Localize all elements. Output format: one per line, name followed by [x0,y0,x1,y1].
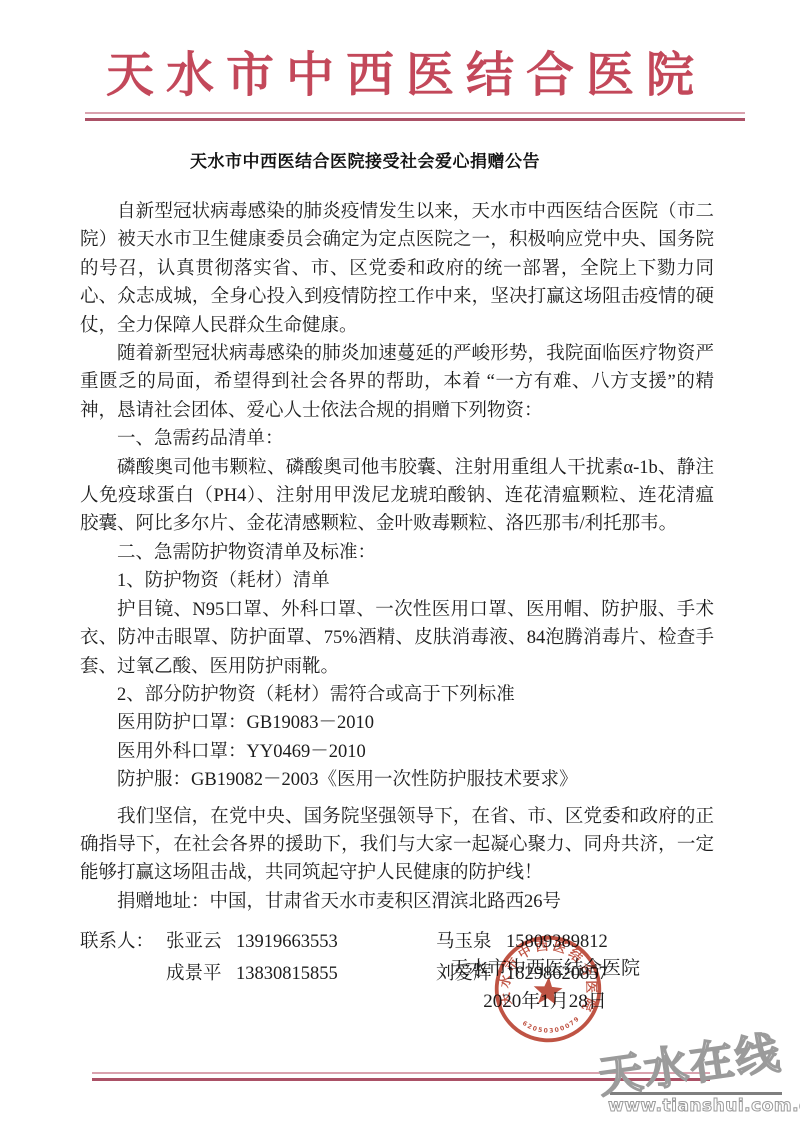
supplies-list: 护目镜、N95口罩、外科口罩、一次性医用口罩、医用帽、防护服、手术衣、防冲击眼罩… [80,596,714,681]
donation-notice-page: 天水市中西医结合医院 天水市中西医结合医院接受社会爱心捐赠公告 自新型冠状病毒感… [0,0,800,1132]
standard-protective-suit: 防护服：GB19082－2003《医用一次性防护服技术要求》 [80,766,714,794]
subsection-supplies-list-heading: 1、防护物资（耗材）清单 [80,567,714,595]
medicine-list: 磷酸奥司他韦颗粒、磷酸奥司他韦胶囊、注射用重组人干扰素α-1b、静注人免疫球蛋白… [80,454,714,539]
paragraph-closing: 我们坚信，在党中央、国务院坚强领导下，在省、市、区党委和政府的正确指导下，在社会… [80,803,714,888]
hospital-letterhead-title: 天水市中西医结合医院 [0,36,800,105]
standard-surgical-mask: 医用外科口罩：YY0469－2010 [80,738,714,766]
donation-address: 捐赠地址：中国，甘肃省天水市麦积区渭滨北路西26号 [80,888,714,916]
paragraph-appeal: 随着新型冠状病毒感染的肺炎加速蔓延的严峻形势，我院面临医疗物资严重匮乏的局面，希… [80,340,714,425]
standard-protective-mask: 医用防护口罩：GB19083－2010 [80,709,714,737]
header-divider-line [85,112,745,121]
paragraph-intro: 自新型冠状病毒感染的肺炎疫情发生以来，天水市中西医结合医院（市二院）被天水市卫生… [80,198,714,340]
subsection-standards-heading: 2、部分防护物资（耗材）需符合或高于下列标准 [80,681,714,709]
contact-label: 联系人： [80,926,166,958]
tianshui-online-watermark: 天水在线 www.tianshui.com.cn [598,1042,798,1116]
contact-phone: 13919663553 [236,926,384,958]
official-seal-stamp: 天水市中西医结合医院 6205030007953 [487,928,609,1050]
contact-name: 成景平 [166,958,236,990]
contact-label-empty [80,958,166,990]
svg-text:天水市中西医结合医院: 天水市中西医结合医院 [495,934,603,1017]
section-medicine-heading: 一、急需药品清单： [80,425,714,453]
contact-name: 张亚云 [166,926,236,958]
notice-title: 天水市中西医结合医院接受社会爱心捐赠公告 [0,147,730,172]
notice-body: 自新型冠状病毒感染的肺炎疫情发生以来，天水市中西医结合医院（市二院）被天水市卫生… [80,198,714,990]
contact-phone: 13830815855 [236,958,384,990]
section-supplies-heading: 二、急需防护物资清单及标准： [80,539,714,567]
seal-star-icon [533,976,564,1005]
seal-arc-text: 天水市中西医结合医院 [495,934,603,1017]
watermark-url-text: www.tianshui.com.cn [608,1096,798,1116]
